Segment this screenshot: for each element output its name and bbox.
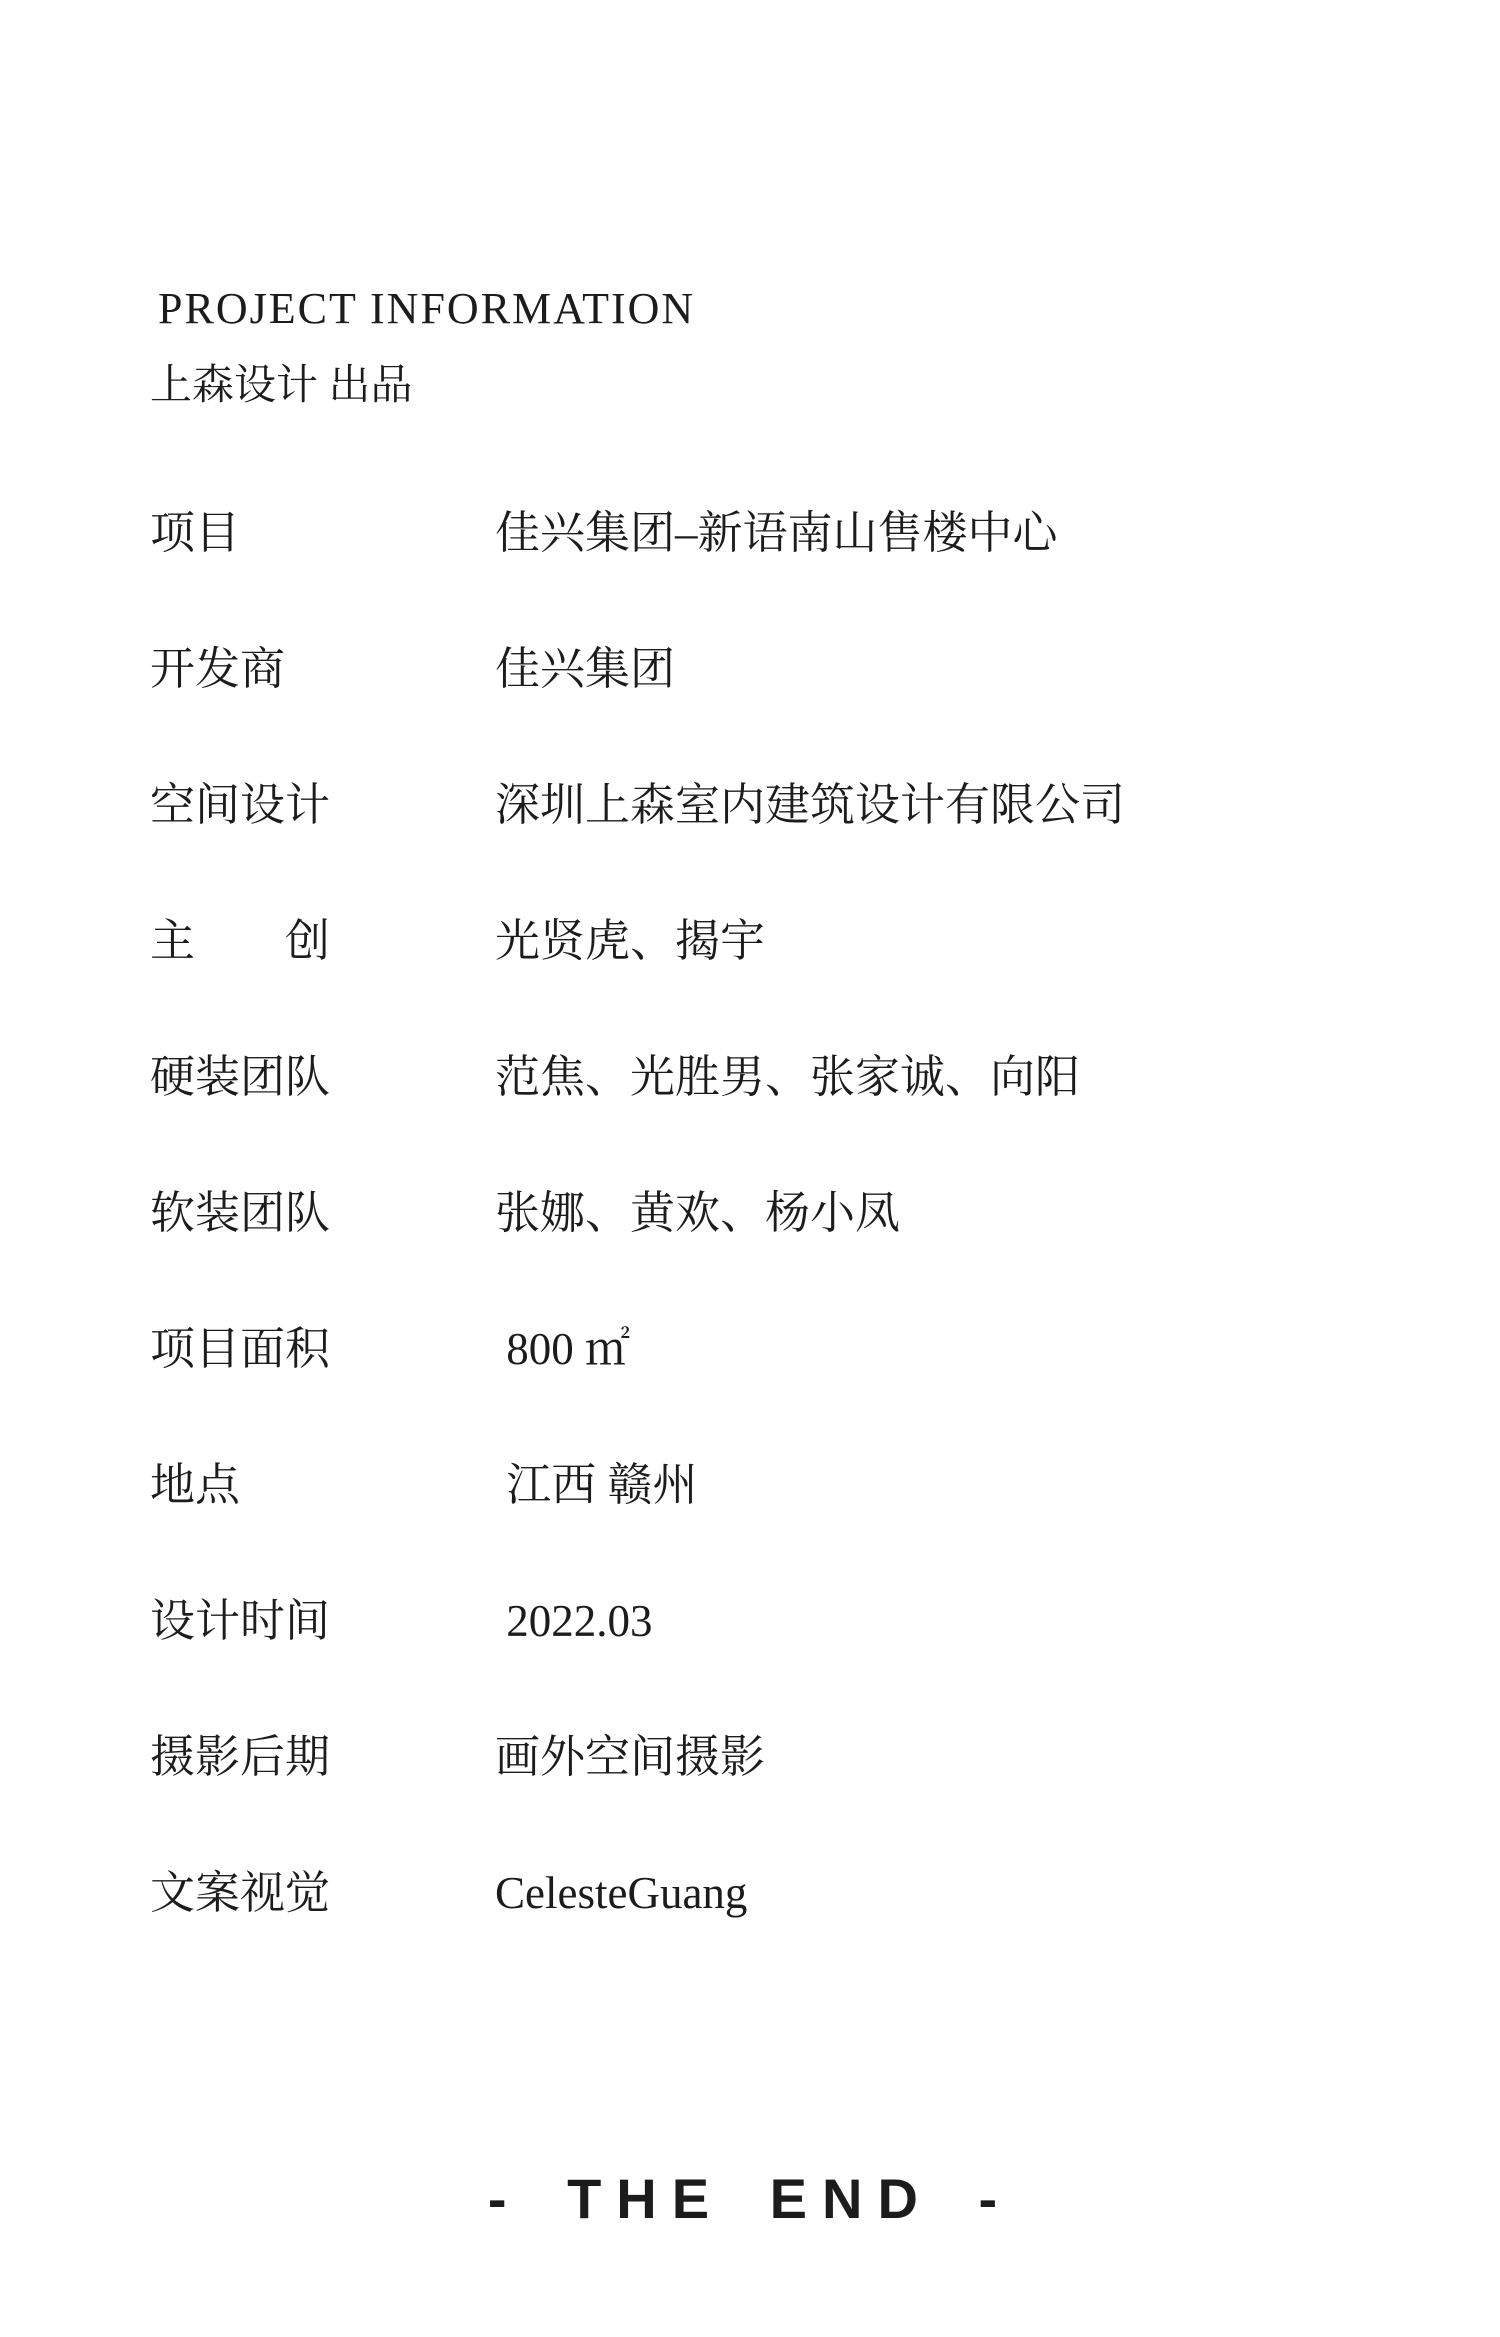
info-row-value: 江西 赣州 [495,1460,698,1512]
info-row-label: 开发商 [150,644,495,696]
info-row-value: 2022.03 [495,1596,653,1648]
info-row: 项目面积 800 ㎡ [150,1324,1400,1460]
info-row-value: 张娜、黄欢、杨小凤 [495,1188,900,1240]
page-title: PROJECT INFORMATION [158,283,695,334]
info-row: 设计时间 2022.03 [150,1596,1400,1732]
info-row-value: 深圳上森室内建筑设计有限公司 [495,780,1125,832]
info-row-label: 空间设计 [150,780,495,832]
info-row-label: 文案视觉 [150,1868,495,1920]
info-row: 空间设计 深圳上森室内建筑设计有限公司 [150,780,1400,916]
info-row: 项目 佳兴集团–新语南山售楼中心 [150,508,1400,644]
info-row-value: 画外空间摄影 [495,1732,765,1784]
project-information-page: PROJECT INFORMATION 上森设计 出品 项目 佳兴集团–新语南山… [0,0,1500,2337]
info-list: 项目 佳兴集团–新语南山售楼中心 开发商 佳兴集团 空间设计 深圳上森室内建筑设… [150,508,1400,2004]
info-row: 主 创 光贤虎、揭宇 [150,916,1400,1052]
info-row-label: 主 创 [150,916,495,968]
info-row-label: 软装团队 [150,1188,495,1240]
info-row: 摄影后期 画外空间摄影 [150,1732,1400,1868]
info-row-value: 佳兴集团 [495,644,675,696]
info-row-value: 800 ㎡ [495,1324,630,1376]
info-row-label: 项目面积 [150,1324,495,1376]
info-row-value: 佳兴集团–新语南山售楼中心 [495,508,1058,560]
info-row-value: CelesteGuang [495,1868,747,1920]
info-row: 硬装团队 范焦、光胜男、张家诚、向阳 [150,1052,1400,1188]
info-row-label: 摄影后期 [150,1732,495,1784]
info-row: 文案视觉 CelesteGuang [150,1868,1400,2004]
info-row-label: 项目 [150,508,495,560]
info-row-label: 地点 [150,1460,495,1512]
the-end-mark: - THE END - [0,2166,1500,2231]
info-row: 开发商 佳兴集团 [150,644,1400,780]
info-row: 地点 江西 赣州 [150,1460,1400,1596]
studio-byline: 上森设计 出品 [150,352,413,412]
info-row-value: 光贤虎、揭宇 [495,916,765,968]
info-row-label: 设计时间 [150,1596,495,1648]
info-row-label: 硬装团队 [150,1052,495,1104]
info-row-value: 范焦、光胜男、张家诚、向阳 [495,1052,1080,1104]
info-row: 软装团队 张娜、黄欢、杨小凤 [150,1188,1400,1324]
